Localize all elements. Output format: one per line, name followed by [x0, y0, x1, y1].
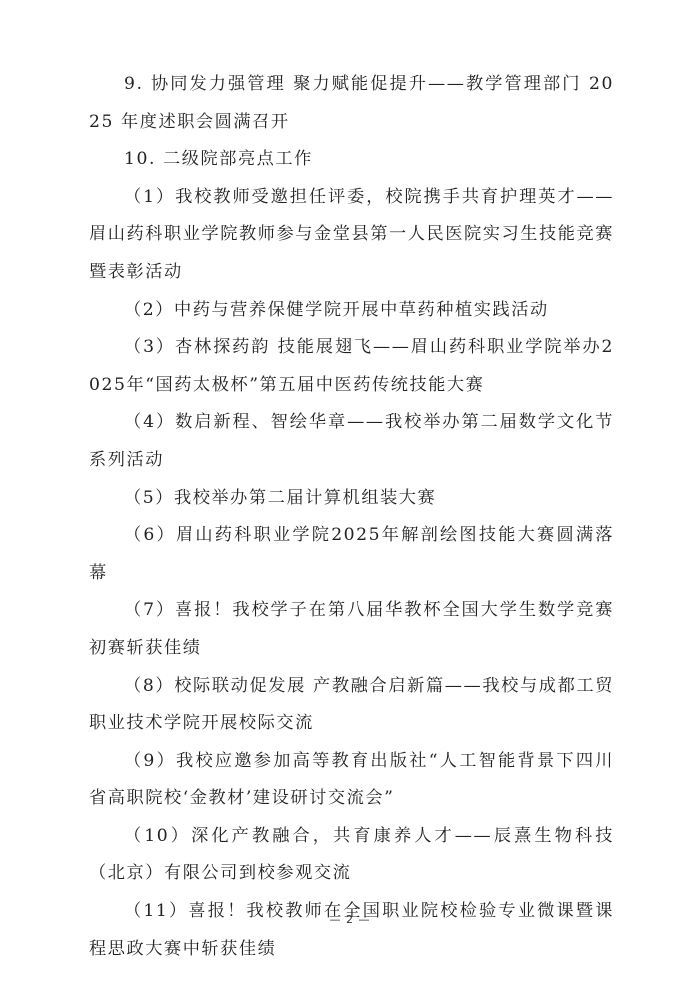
sub-item-9: （9）我校应邀参加高等教育出版社“人工智能背景下四川省高职院校‘金教材’建设研讨…	[89, 743, 614, 818]
sub-item-5: （5）我校举办第二届计算机组装大赛	[89, 480, 614, 518]
page-number: — 2 —	[0, 913, 700, 926]
list-item-9: 9. 协同发力强管理 聚力赋能促提升——教学管理部门 2025 年度述职会圆满召…	[89, 66, 614, 141]
sub-item-7: （7）喜报！我校学子在第八届华教杯全国大学生数学竞赛初赛斩获佳绩	[89, 592, 614, 667]
sub-item-11: （11）喜报！我校教师在全国职业院校检验专业微课暨课程思政大赛中斩获佳绩	[89, 893, 614, 968]
sub-item-1: （1）我校教师受邀担任评委，校院携手共育护理英才——眉山药科职业学院教师参与金堂…	[89, 179, 614, 292]
sub-item-4: （4）数启新程、智绘华章——我校举办第二届数学文化节系列活动	[89, 404, 614, 479]
sub-item-3: （3）杏林探药韵 技能展翅飞——眉山药科职业学院举办2025年“国药太极杯”第五…	[89, 329, 614, 404]
sub-item-2: （2）中药与营养保健学院开展中草药种植实践活动	[89, 292, 614, 330]
sub-item-8: （8）校际联动促发展 产教融合启新篇——我校与成都工贸职业技术学院开展校际交流	[89, 668, 614, 743]
sub-item-10: （10）深化产教融合，共育康养人才——辰熹生物科技（北京）有限公司到校参观交流	[89, 818, 614, 893]
list-item-10-heading: 10. 二级院部亮点工作	[89, 141, 614, 179]
document-page: 9. 协同发力强管理 聚力赋能促提升——教学管理部门 2025 年度述职会圆满召…	[89, 66, 614, 968]
sub-item-6: （6）眉山药科职业学院2025年解剖绘图技能大赛圆满落幕	[89, 517, 614, 592]
